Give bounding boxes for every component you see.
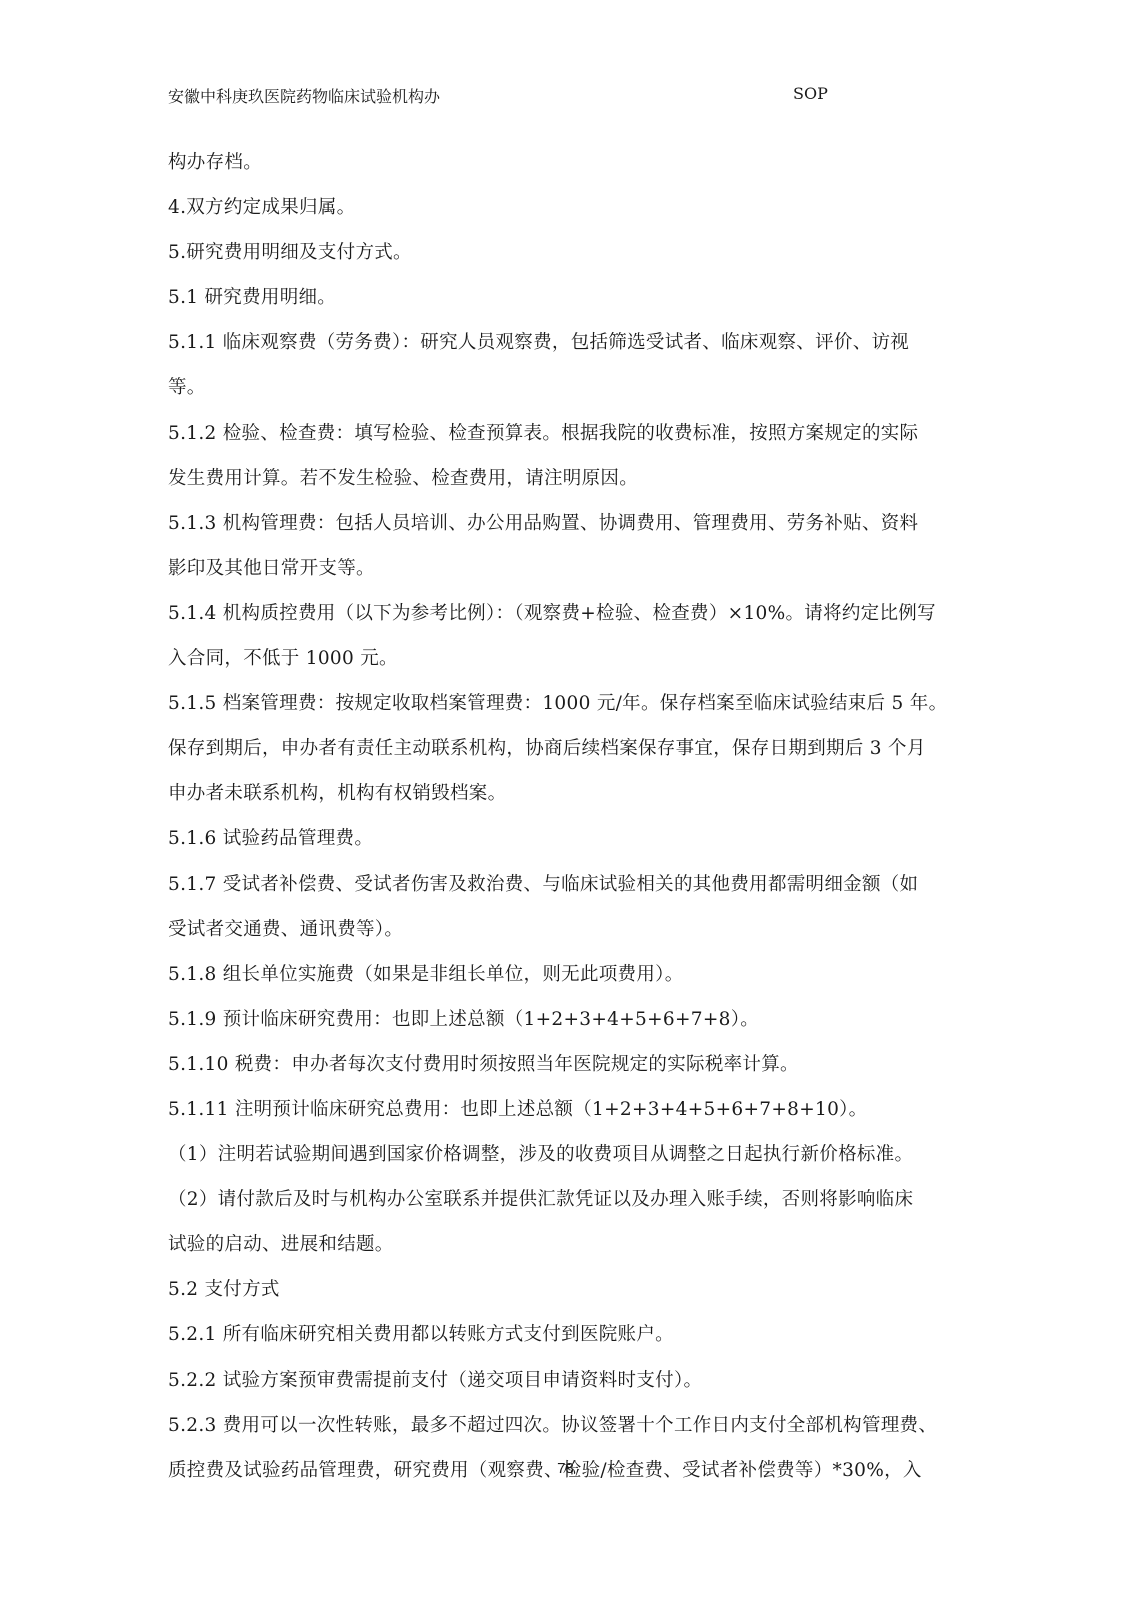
text-line: 5.2.2 试验方案预审费需提前支付（递交项目申请资料时支付）。	[168, 1358, 948, 1403]
text-line: 5.2.1 所有临床研究相关费用都以转账方式支付到医院账户。	[168, 1312, 948, 1357]
text-line: 受试者交通费、通讯费等）。	[168, 907, 948, 952]
header-organization: 安徽中科庚玖医院药物临床试验机构办	[168, 84, 440, 107]
text-line: 5.1.7 受试者补偿费、受试者伤害及救治费、与临床试验相关的其他费用都需明细金…	[168, 862, 948, 907]
text-line: 影印及其他日常开支等。	[168, 546, 948, 591]
note-line: （2）请付款后及时与机构办公室联系并提供汇款凭证以及办理入账手续，否则将影响临床	[168, 1177, 948, 1222]
text-line: 等。	[168, 365, 948, 410]
page-number: 78	[0, 1460, 1131, 1477]
text-line: 5.1.5 档案管理费：按规定收取档案管理费：1000 元/年。保存档案至临床试…	[168, 681, 948, 726]
header-doc-type: SOP	[793, 84, 828, 103]
section-heading: 4.双方约定成果归属。	[168, 185, 948, 230]
text-line: 5.1.3 机构管理费：包括人员培训、办公用品购置、协调费用、管理费用、劳务补贴…	[168, 501, 948, 546]
text-line: 构办存档。	[168, 140, 948, 185]
document-body: 构办存档。 4.双方约定成果归属。 5.研究费用明细及支付方式。 5.1 研究费…	[168, 140, 948, 1493]
text-line: 发生费用计算。若不发生检验、检查费用，请注明原因。	[168, 456, 948, 501]
subsection-heading: 5.1 研究费用明细。	[168, 275, 948, 320]
page-header: 安徽中科庚玖医院药物临床试验机构办 SOP	[168, 84, 868, 108]
text-line: 5.1.4 机构质控费用（以下为参考比例）：（观察费+检验、检查费）×10%。请…	[168, 591, 948, 636]
text-line: 5.1.11 注明预计临床研究总费用：也即上述总额（1+2+3+4+5+6+7+…	[168, 1087, 948, 1132]
text-line: 入合同，不低于 1000 元。	[168, 636, 948, 681]
text-line: 保存到期后，申办者有责任主动联系机构，协商后续档案保存事宜，保存日期到期后 3 …	[168, 726, 948, 771]
text-line: 申办者未联系机构，机构有权销毁档案。	[168, 771, 948, 816]
subsection-heading: 5.2 支付方式	[168, 1267, 948, 1312]
note-line: 试验的启动、进展和结题。	[168, 1222, 948, 1267]
text-line: 5.1.2 检验、检查费：填写检验、检查预算表。根据我院的收费标准，按照方案规定…	[168, 411, 948, 456]
text-line: 5.1.9 预计临床研究费用：也即上述总额（1+2+3+4+5+6+7+8）。	[168, 997, 948, 1042]
text-line: 5.2.3 费用可以一次性转账，最多不超过四次。协议签署十个工作日内支付全部机构…	[168, 1403, 948, 1448]
section-heading: 5.研究费用明细及支付方式。	[168, 230, 948, 275]
text-line: 5.1.8 组长单位实施费（如果是非组长单位，则无此项费用）。	[168, 952, 948, 997]
text-line: 5.1.10 税费：申办者每次支付费用时须按照当年医院规定的实际税率计算。	[168, 1042, 948, 1087]
note-line: （1）注明若试验期间遇到国家价格调整，涉及的收费项目从调整之日起执行新价格标准。	[168, 1132, 948, 1177]
text-line: 5.1.6 试验药品管理费。	[168, 816, 948, 861]
text-line: 5.1.1 临床观察费（劳务费）：研究人员观察费，包括筛选受试者、临床观察、评价…	[168, 320, 948, 365]
